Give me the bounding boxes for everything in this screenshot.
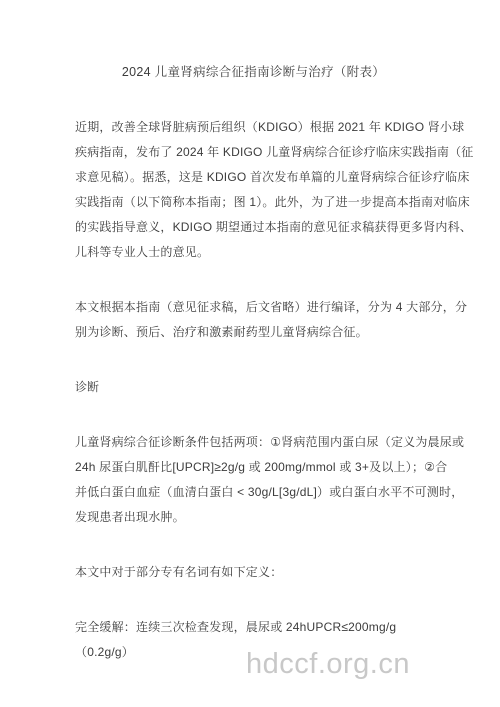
intro-paragraph: 近期，改善全球肾脏病预后组织（KDIGO）根据 2021 年 KDIGO 肾小球… [75, 115, 432, 265]
document-title: 2024 儿童肾病综合征指南诊断与治疗（附表） [75, 60, 432, 85]
text-line: 别为诊断、预后、治疗和激素耐药型儿童肾病综合征。 [75, 320, 432, 345]
watermark-text: hdccf.org.cn [246, 648, 410, 681]
text-line: 24h 尿蛋白肌酐比[UPCR]≥2g/g 或 200mg/mmol 或 3+及… [75, 455, 432, 480]
text-line: 疾病指南，发布了 2024 年 KDIGO 儿童肾病综合征诊疗临床实践指南（征 [75, 140, 432, 165]
section-heading-diagnosis: 诊断 [75, 375, 432, 400]
document-page: 2024 儿童肾病综合征指南诊断与治疗（附表） 近期，改善全球肾脏病预后组织（K… [0, 0, 500, 707]
text-line: 实践指南（以下简称本指南；图 1）。此外，为了进一步提高本指南对临床 [75, 190, 432, 215]
definitions-intro-paragraph: 本文中对于部分专有名词有如下定义： [75, 560, 432, 585]
text-line: 求意见稿）。据悉，这是 KDIGO 首次发布单篇的儿童肾病综合征诊疗临床 [75, 165, 432, 190]
text-line: 儿童肾病综合征诊断条件包括两项：①肾病范围内蛋白尿（定义为晨尿或 [75, 430, 432, 455]
text-line: 儿科等专业人士的意见。 [75, 240, 432, 265]
overview-paragraph: 本文根据本指南（意见征求稿，后文省略）进行编译，分为 4 大部分，分别为诊断、预… [75, 295, 432, 345]
diagnosis-criteria-paragraph: 儿童肾病综合征诊断条件包括两项：①肾病范围内蛋白尿（定义为晨尿或24h 尿蛋白肌… [75, 430, 432, 530]
text-line: 近期，改善全球肾脏病预后组织（KDIGO）根据 2021 年 KDIGO 肾小球 [75, 115, 432, 140]
text-line: 的实践指导意义，KDIGO 期望通过本指南的意见征求稿获得更多肾内科、 [75, 215, 432, 240]
text-line: 本文根据本指南（意见征求稿，后文省略）进行编译，分为 4 大部分，分 [75, 295, 432, 320]
text-line: 发现患者出现水肿。 [75, 505, 432, 530]
text-line: 并低白蛋白血症（血清白蛋白 < 30g/L[3g/dL]）或白蛋白水平不可测时， [75, 480, 432, 505]
